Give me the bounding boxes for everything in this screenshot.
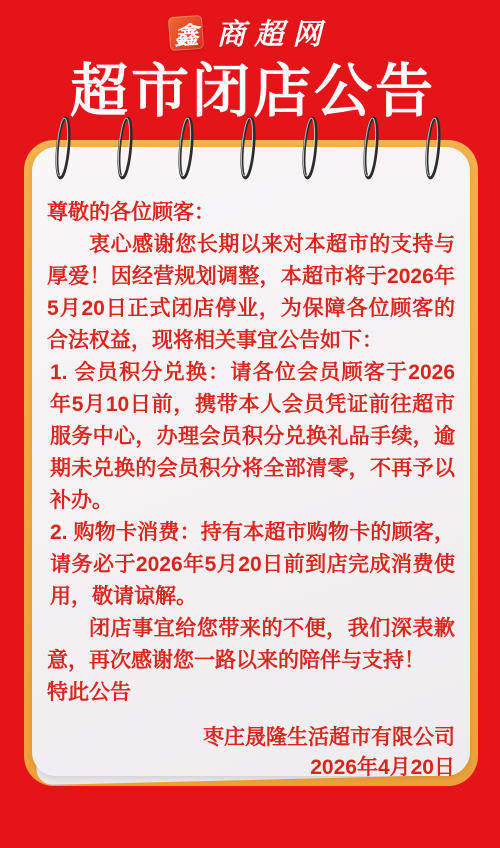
spiral-ring-icon (175, 114, 197, 184)
item-1-prefix: 1. (50, 361, 68, 384)
signature-company: 枣庄晟隆生活超市有限公司 (47, 723, 455, 753)
item-2-label: 购物卡消费： (74, 521, 201, 544)
spiral-binding (52, 114, 444, 184)
notice-item-1: 1. 会员积分兑换：请各位会员顾客于2026年5月10日前，携带本人会员凭证前往… (47, 357, 455, 517)
closure-notice-poster: 鑫 商超网 超市闭店公告 (0, 0, 500, 848)
notice-body: 尊敬的各位顾客： 衷心感谢您长期以来对本超市的支持与厚爱！因经营规划调整，本超市… (47, 197, 455, 783)
spiral-ring-icon (299, 114, 321, 184)
spiral-ring-icon (52, 114, 74, 184)
spiral-ring-icon (114, 114, 136, 184)
item-1-label: 会员积分兑换： (75, 361, 231, 384)
signature-date: 2026年4月20日 (47, 753, 455, 783)
spiral-ring-icon (360, 114, 382, 184)
item-2-prefix: 2. (50, 521, 68, 544)
intro-paragraph: 衷心感谢您长期以来对本超市的支持与厚爱！因经营规划调整，本超市将于2026年5月… (47, 229, 455, 357)
notice-item-2: 2. 购物卡消费：持有本超市购物卡的顾客，请务必于2026年5月20日前到店完成… (47, 517, 455, 613)
sign-off: 特此公告 (47, 677, 455, 709)
salutation: 尊敬的各位顾客： (47, 197, 455, 229)
spiral-ring-icon (237, 114, 259, 184)
signature-block: 枣庄晟隆生活超市有限公司 2026年4月20日 (47, 723, 455, 783)
spiral-ring-icon (422, 114, 444, 184)
closing-paragraph: 闭店事宜给您带来的不便，我们深表歉意，再次感谢您一路以来的陪伴与支持！ (47, 613, 455, 677)
